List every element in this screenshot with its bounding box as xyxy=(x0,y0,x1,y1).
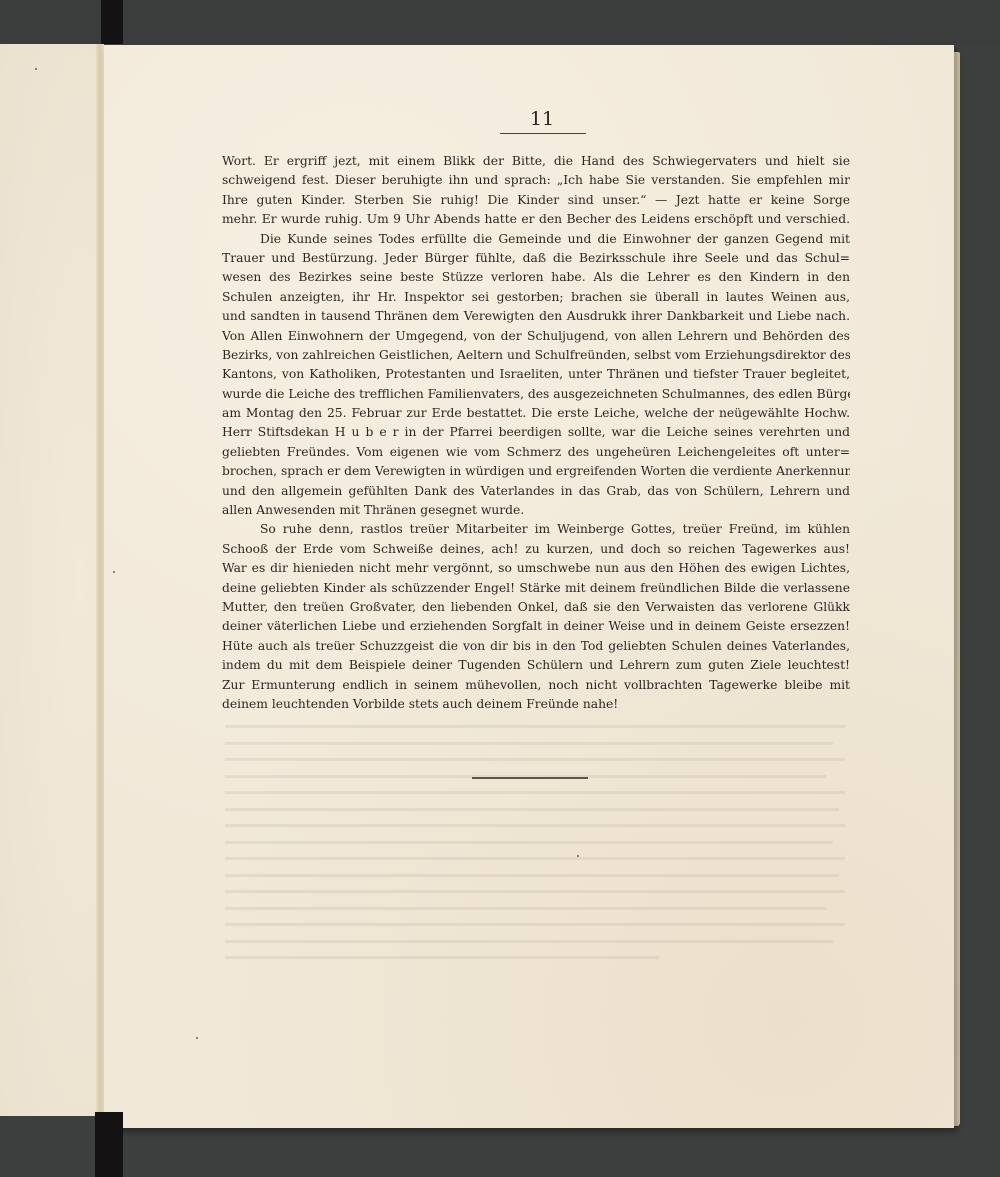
text-line: schweigend fest. Dieser beruhigte ihn un… xyxy=(222,171,850,190)
text-line: Schooß der Erde vom Schweiße deines, ach… xyxy=(222,540,850,559)
body-text: Wort. Er ergriff jezt, mit einem Blikk d… xyxy=(222,152,850,714)
paragraph-3: So ruhe denn, rastlos treüer Mitarbeiter… xyxy=(222,520,850,714)
page-fore-edge xyxy=(954,52,960,1126)
text-line: Von Allen Einwohnern der Umgegend, von d… xyxy=(222,327,850,346)
text-line: geliebten Freündes. Vom eigenen wie vom … xyxy=(222,443,850,462)
book-spine-top xyxy=(101,0,123,44)
page-number: 11 xyxy=(0,108,1000,130)
book-spine-bottom xyxy=(95,1112,123,1177)
text-line: am Montag den 25. Februar zur Erde besta… xyxy=(222,404,850,423)
text-line: Schulen anzeigten, ihr Hr. Inspektor sei… xyxy=(222,288,850,307)
text-line: deiner väterlichen Liebe und erziehenden… xyxy=(222,617,850,636)
text-line: allen Anwesenden mit Thränen gesegnet wu… xyxy=(222,501,850,520)
scanner-backdrop xyxy=(0,0,1000,44)
text-line: brochen, sprach er dem Verewigten in wür… xyxy=(222,462,850,481)
text-line: So ruhe denn, rastlos treüer Mitarbeiter… xyxy=(222,520,850,539)
text-line: deinem leuchtenden Vorbilde stets auch d… xyxy=(222,695,850,714)
left-page xyxy=(0,44,101,1116)
page-gutter xyxy=(96,44,104,1114)
text-line: Trauer und Bestürzung. Jeder Bürger fühl… xyxy=(222,249,850,268)
text-line: Herr Stiftsdekan H u b e r in der Pfarre… xyxy=(222,423,850,442)
text-line: Wort. Er ergriff jezt, mit einem Blikk d… xyxy=(222,152,850,171)
text-line: Mutter, den treüen Großvater, den lieben… xyxy=(222,598,850,617)
show-through-text xyxy=(225,725,845,1010)
text-line: und den allgemein gefühlten Dank des Vat… xyxy=(222,482,850,501)
text-line: wurde die Leiche des trefflichen Familie… xyxy=(222,385,850,404)
text-line: Zur Ermunterung endlich in seinem mühevo… xyxy=(222,676,850,695)
text-line: Hüte auch als treüer Schuzzgeist die von… xyxy=(222,637,850,656)
text-line: War es dir hienieden nicht mehr vergönnt… xyxy=(222,559,850,578)
paragraph-2: Die Kunde seines Todes erfüllte die Geme… xyxy=(222,230,850,521)
text-line: Kantons, von Katholiken, Protestanten un… xyxy=(222,365,850,384)
text-line: Ihre guten Kinder. Sterben Sie ruhig! Di… xyxy=(222,191,850,210)
text-line: wesen des Bezirkes seine beste Stüzze ve… xyxy=(222,268,850,287)
text-line: mehr. Er wurde ruhig. Um 9 Uhr Abends ha… xyxy=(222,210,850,229)
paragraph-1: Wort. Er ergriff jezt, mit einem Blikk d… xyxy=(222,152,850,230)
text-line: Bezirks, von zahlreichen Geistlichen, Ae… xyxy=(222,346,850,365)
page-number-rule xyxy=(500,133,586,134)
text-line: und sandten in tausend Thränen dem Verew… xyxy=(222,307,850,326)
text-line: Die Kunde seines Todes erfüllte die Geme… xyxy=(222,230,850,249)
text-line: deine geliebten Kinder als schüzzender E… xyxy=(222,579,850,598)
text-line: indem du mit dem Beispiele deiner Tugend… xyxy=(222,656,850,675)
